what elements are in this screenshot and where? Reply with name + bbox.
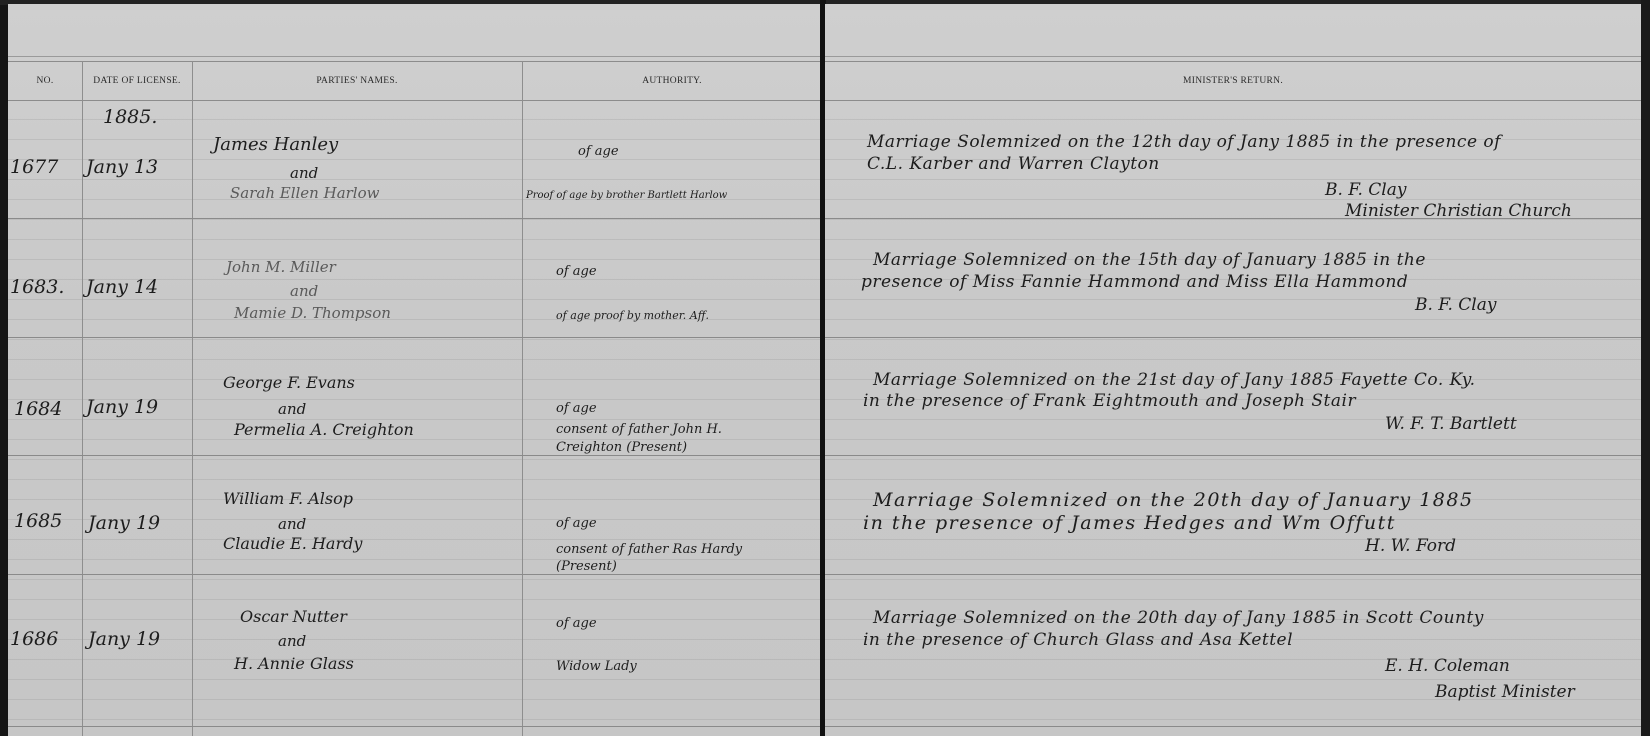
license-date: Jany 19 (88, 512, 160, 534)
column-divider (522, 61, 523, 736)
authority-note: of age (556, 516, 597, 531)
and-label: and (278, 515, 306, 533)
column-header-row: No. Date of License. Parties' Names. Aut… (8, 61, 823, 101)
row-divider (8, 726, 823, 727)
column-divider (82, 61, 83, 736)
minister-signature: B. F. Clay (1325, 180, 1406, 200)
return-line: presence of Miss Fannie Hammond and Miss… (861, 272, 1408, 292)
page-edge-left (0, 0, 8, 736)
authority-consent: consent of father Ras Hardy (556, 542, 742, 557)
and-label: and (290, 282, 318, 300)
return-line: in the presence of James Hedges and Wm O… (863, 512, 1396, 534)
authority-consent-cont: Creighton (Present) (556, 440, 687, 455)
return-line: Marriage Solemnized on the 21st day of J… (873, 370, 1476, 390)
entry-number: 1686 (10, 628, 58, 650)
left-page: No. Date of License. Parties' Names. Aut… (8, 4, 826, 736)
register-spread: No. Date of License. Parties' Names. Aut… (0, 0, 1650, 736)
authority-proof: of age proof by mother. Aff. (556, 309, 709, 322)
column-header-row: Minister's Return. (825, 61, 1641, 101)
return-line: in the presence of Frank Eightmouth and … (863, 391, 1356, 411)
row-divider (8, 218, 823, 219)
header-parties: Parties' Names. (192, 62, 522, 100)
top-margin (825, 4, 1641, 57)
return-line: Marriage Solemnized on the 15th day of J… (873, 250, 1426, 270)
entry-number: 1684 (14, 398, 62, 420)
bride-name: Permelia A. Creighton (234, 420, 414, 439)
header-date: Date of License. (82, 62, 192, 100)
entry-number: 1677 (10, 156, 58, 178)
license-date: Jany 13 (86, 156, 158, 178)
bride-name: Sarah Ellen Harlow (230, 184, 379, 202)
bride-name: Claudie E. Hardy (223, 534, 362, 553)
minister-signature: B. F. Clay (1415, 295, 1496, 315)
license-date: Jany 19 (86, 396, 158, 418)
header-authority: Authority. (522, 62, 822, 100)
groom-name: James Hanley (213, 134, 338, 155)
page-edge-right (1641, 0, 1650, 736)
license-date: Jany 14 (86, 276, 158, 298)
right-page: Minister's Return. Marriage Solemnized o… (825, 4, 1641, 736)
row-divider (825, 574, 1641, 575)
license-date: Jany 19 (88, 628, 160, 650)
return-line: Marriage Solemnized on the 20th day of J… (873, 489, 1474, 511)
top-margin (8, 4, 823, 57)
authority-proof: Proof of age by brother Bartlett Harlow (526, 190, 727, 201)
bride-name: Mamie D. Thompson (234, 304, 391, 322)
return-line: Marriage Solemnized on the 12th day of J… (867, 132, 1501, 152)
groom-name: Oscar Nutter (240, 607, 347, 626)
year-note: 1885. (103, 106, 157, 128)
bride-name: H. Annie Glass (234, 654, 354, 673)
row-divider (8, 574, 823, 575)
and-label: and (278, 400, 306, 418)
authority-consent: consent of father John H. (556, 422, 722, 437)
row-divider (825, 455, 1641, 456)
return-line: C.L. Karber and Warren Clayton (867, 154, 1160, 174)
row-divider (8, 337, 823, 338)
authority-note: of age (578, 144, 619, 159)
authority-note: of age (556, 401, 597, 416)
groom-name: George F. Evans (223, 373, 355, 392)
authority-note: of age (556, 616, 597, 631)
groom-name: William F. Alsop (223, 489, 353, 508)
header-ministers-return: Minister's Return. (825, 62, 1641, 100)
minister-title: Baptist Minister (1435, 682, 1575, 702)
authority-consent-cont: (Present) (556, 559, 617, 574)
groom-name: John M. Miller (226, 258, 336, 276)
column-divider (192, 61, 193, 736)
minister-signature: W. F. T. Bartlett (1385, 414, 1517, 434)
row-divider (825, 726, 1641, 727)
row-divider (8, 455, 823, 456)
minister-signature: H. W. Ford (1365, 536, 1456, 556)
minister-signature: E. H. Coleman (1385, 656, 1510, 676)
authority-note: of age (556, 264, 597, 279)
and-label: and (278, 632, 306, 650)
return-line: Marriage Solemnized on the 20th day of J… (873, 608, 1484, 628)
authority-widow: Widow Lady (556, 659, 637, 674)
row-divider (825, 337, 1641, 338)
minister-title: Minister Christian Church (1345, 201, 1572, 221)
entry-number: 1683. (10, 276, 64, 298)
entry-number: 1685 (14, 510, 62, 532)
return-line: in the presence of Church Glass and Asa … (863, 630, 1293, 650)
header-no: No. (8, 62, 82, 100)
and-label: and (290, 164, 318, 182)
